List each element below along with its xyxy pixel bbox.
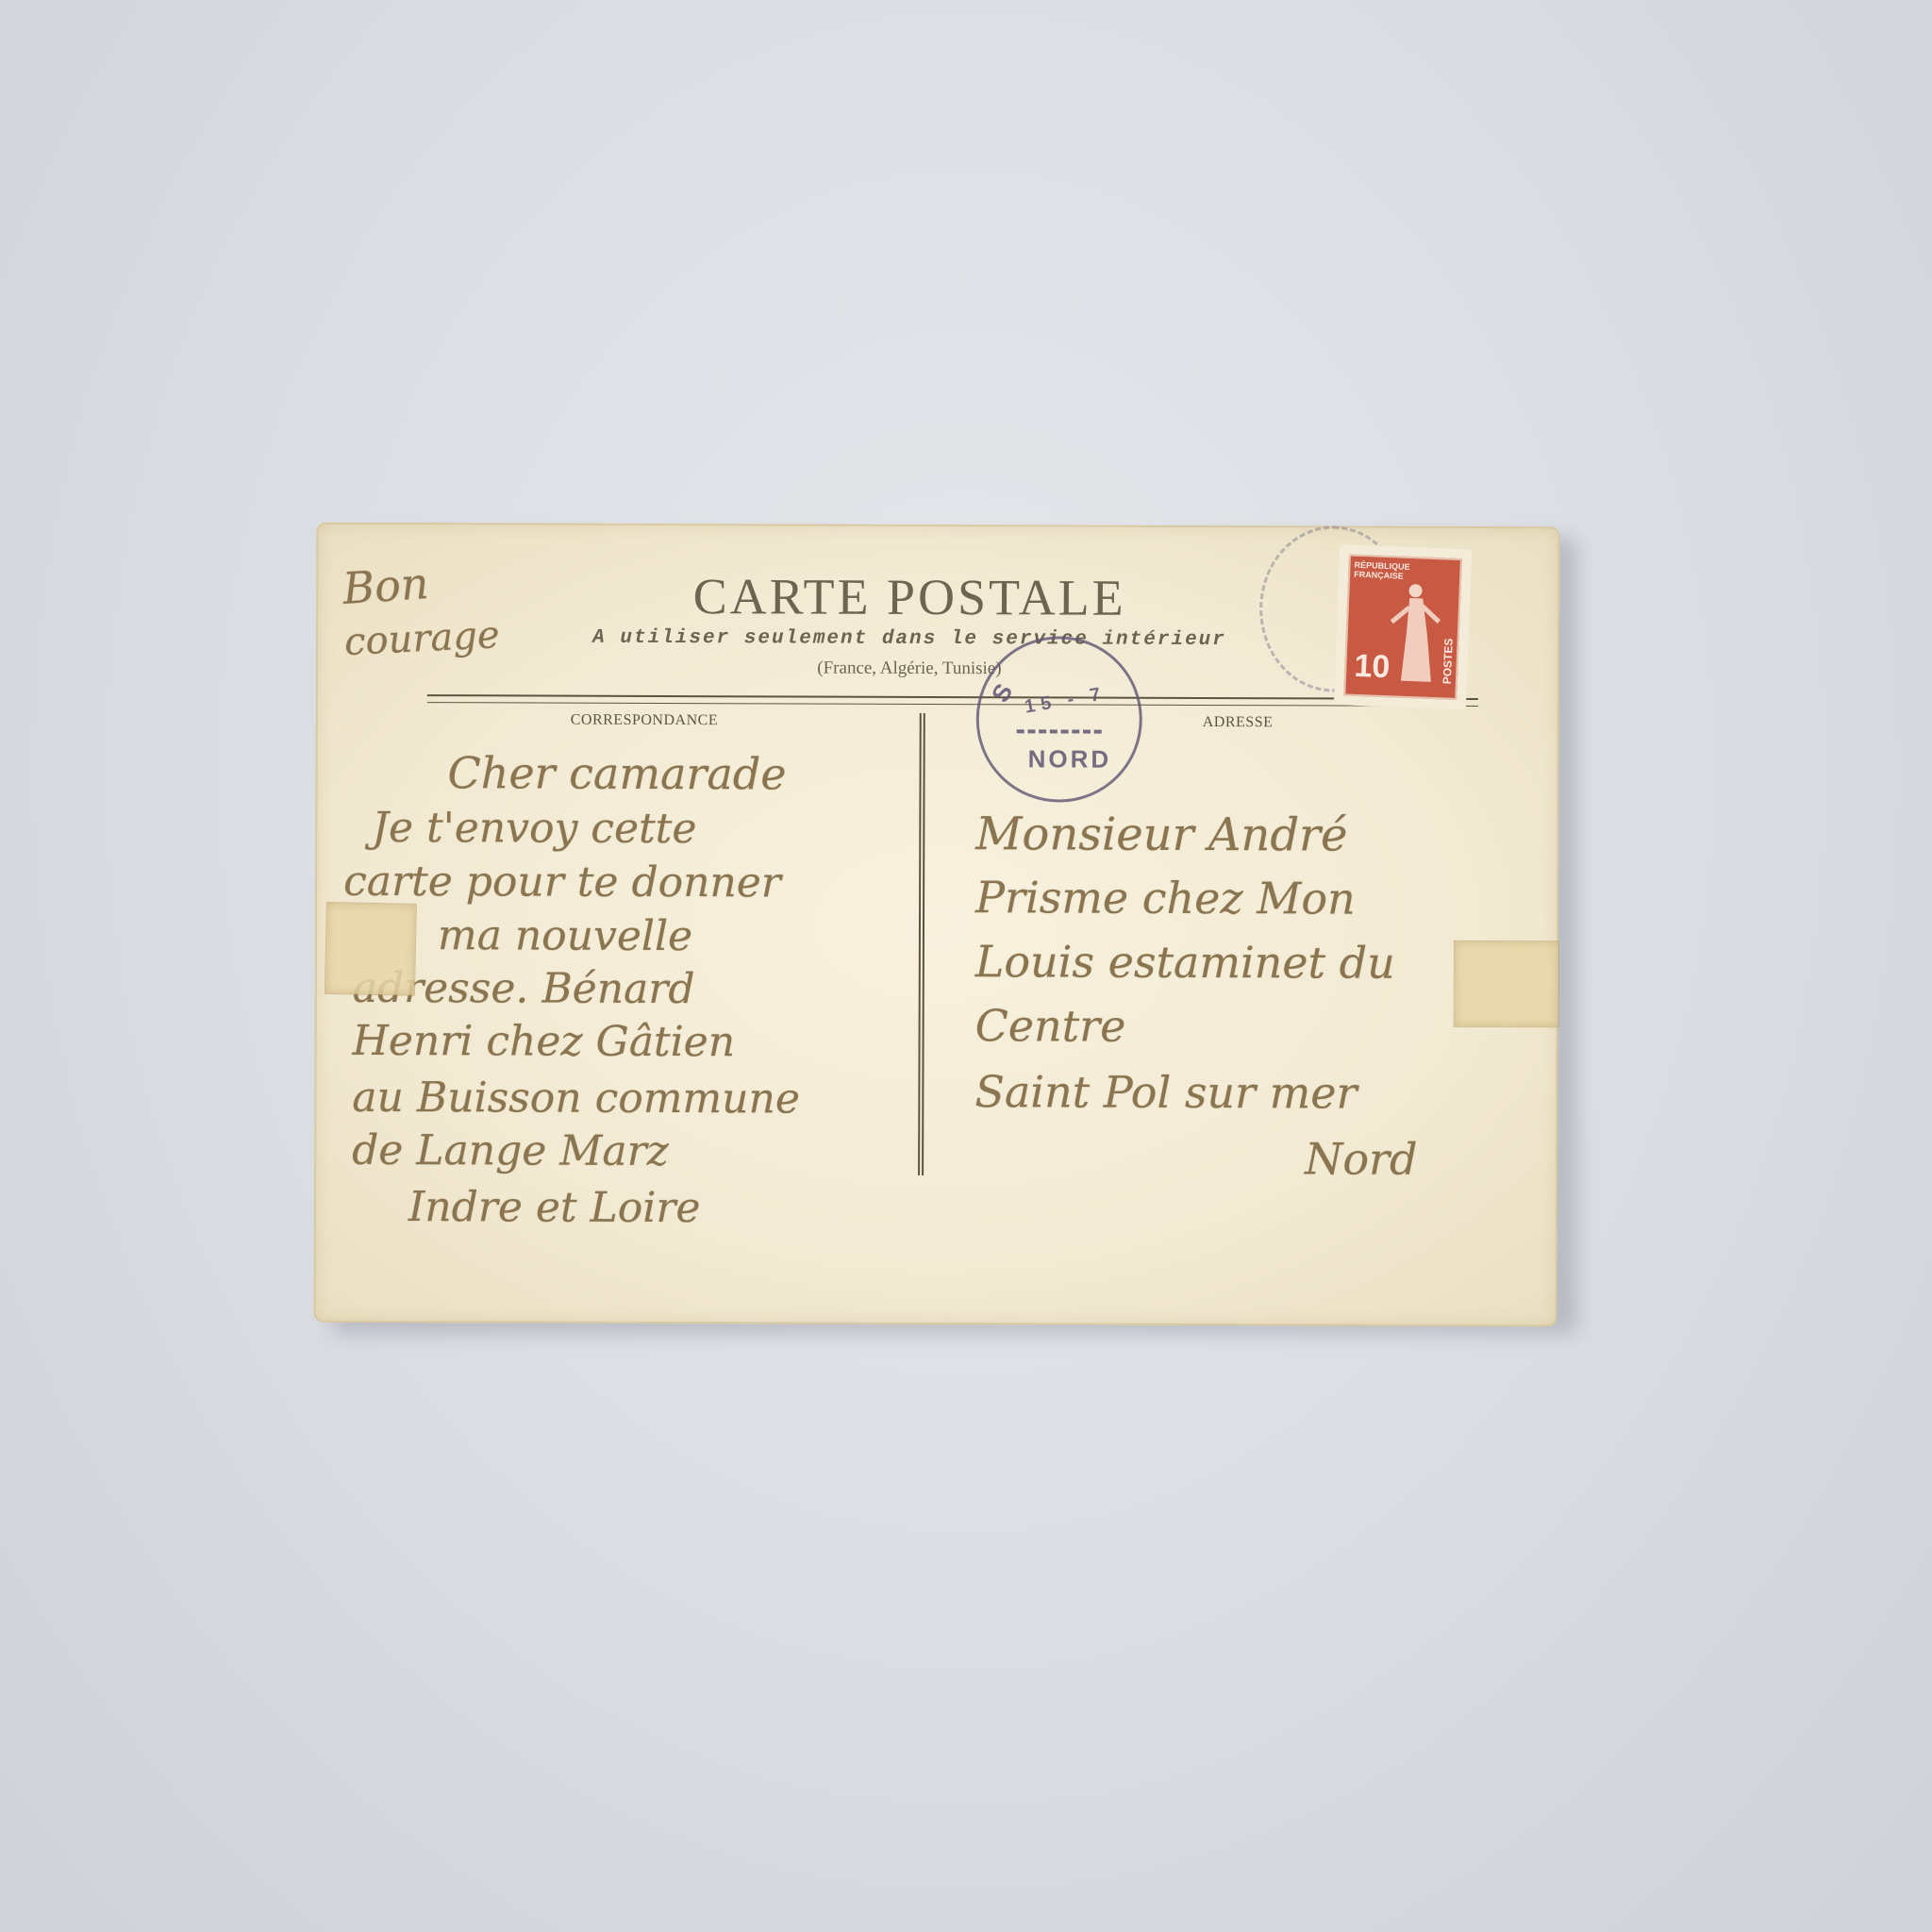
postmark-bar <box>1017 729 1102 733</box>
postage-stamp: RÉPUBLIQUE FRANÇAISE 10 POSTES <box>1334 544 1472 709</box>
address-line: Prisme chez Mon <box>975 872 1356 924</box>
stamp-value: 10 <box>1354 648 1391 686</box>
correspondence-line: Je t'envoy cette <box>372 804 696 853</box>
header-rule-thin <box>427 702 1478 707</box>
tape-right <box>1455 941 1558 1026</box>
correspondence-line: Henri chez Gâtien <box>352 1017 735 1066</box>
correspondence-line: carte pour te donner <box>343 858 781 908</box>
margin-note-line-1: Bon <box>341 558 431 614</box>
sower-figure-icon <box>1382 576 1443 691</box>
correspondence-line: ma nouvelle <box>438 911 692 960</box>
correspondence-line: Cher camarade <box>447 747 786 799</box>
correspondence-line: de Lange Marz <box>352 1126 669 1175</box>
correspondence-label: CORRESPONDANCE <box>571 712 718 730</box>
postmark-date: 15 - 7 <box>1024 683 1108 718</box>
postmark-top: S <box>986 678 1020 708</box>
address-line: Nord <box>1305 1133 1418 1184</box>
postcard: CARTE POSTALE A utiliser seulement dans … <box>314 523 1560 1327</box>
address-label: ADRESSE <box>1203 714 1274 731</box>
postmark-region: NORD <box>1028 744 1112 774</box>
address-line: Louis estaminet du <box>975 936 1395 989</box>
stamp-label: POSTES <box>1441 639 1456 685</box>
tape-left <box>325 903 416 995</box>
header-rule <box>427 694 1478 700</box>
correspondence-line: Indre et Loire <box>408 1183 701 1232</box>
address-line: Monsieur André <box>975 808 1347 861</box>
margin-note-line-2: courage <box>343 613 501 664</box>
correspondence-line: au Buisson commune <box>352 1074 800 1124</box>
postmark: S 15 - 7 NORD <box>975 636 1142 803</box>
address-line: Centre <box>975 1000 1126 1052</box>
center-divider <box>918 713 925 1175</box>
address-line: Saint Pol sur mer <box>974 1066 1357 1118</box>
